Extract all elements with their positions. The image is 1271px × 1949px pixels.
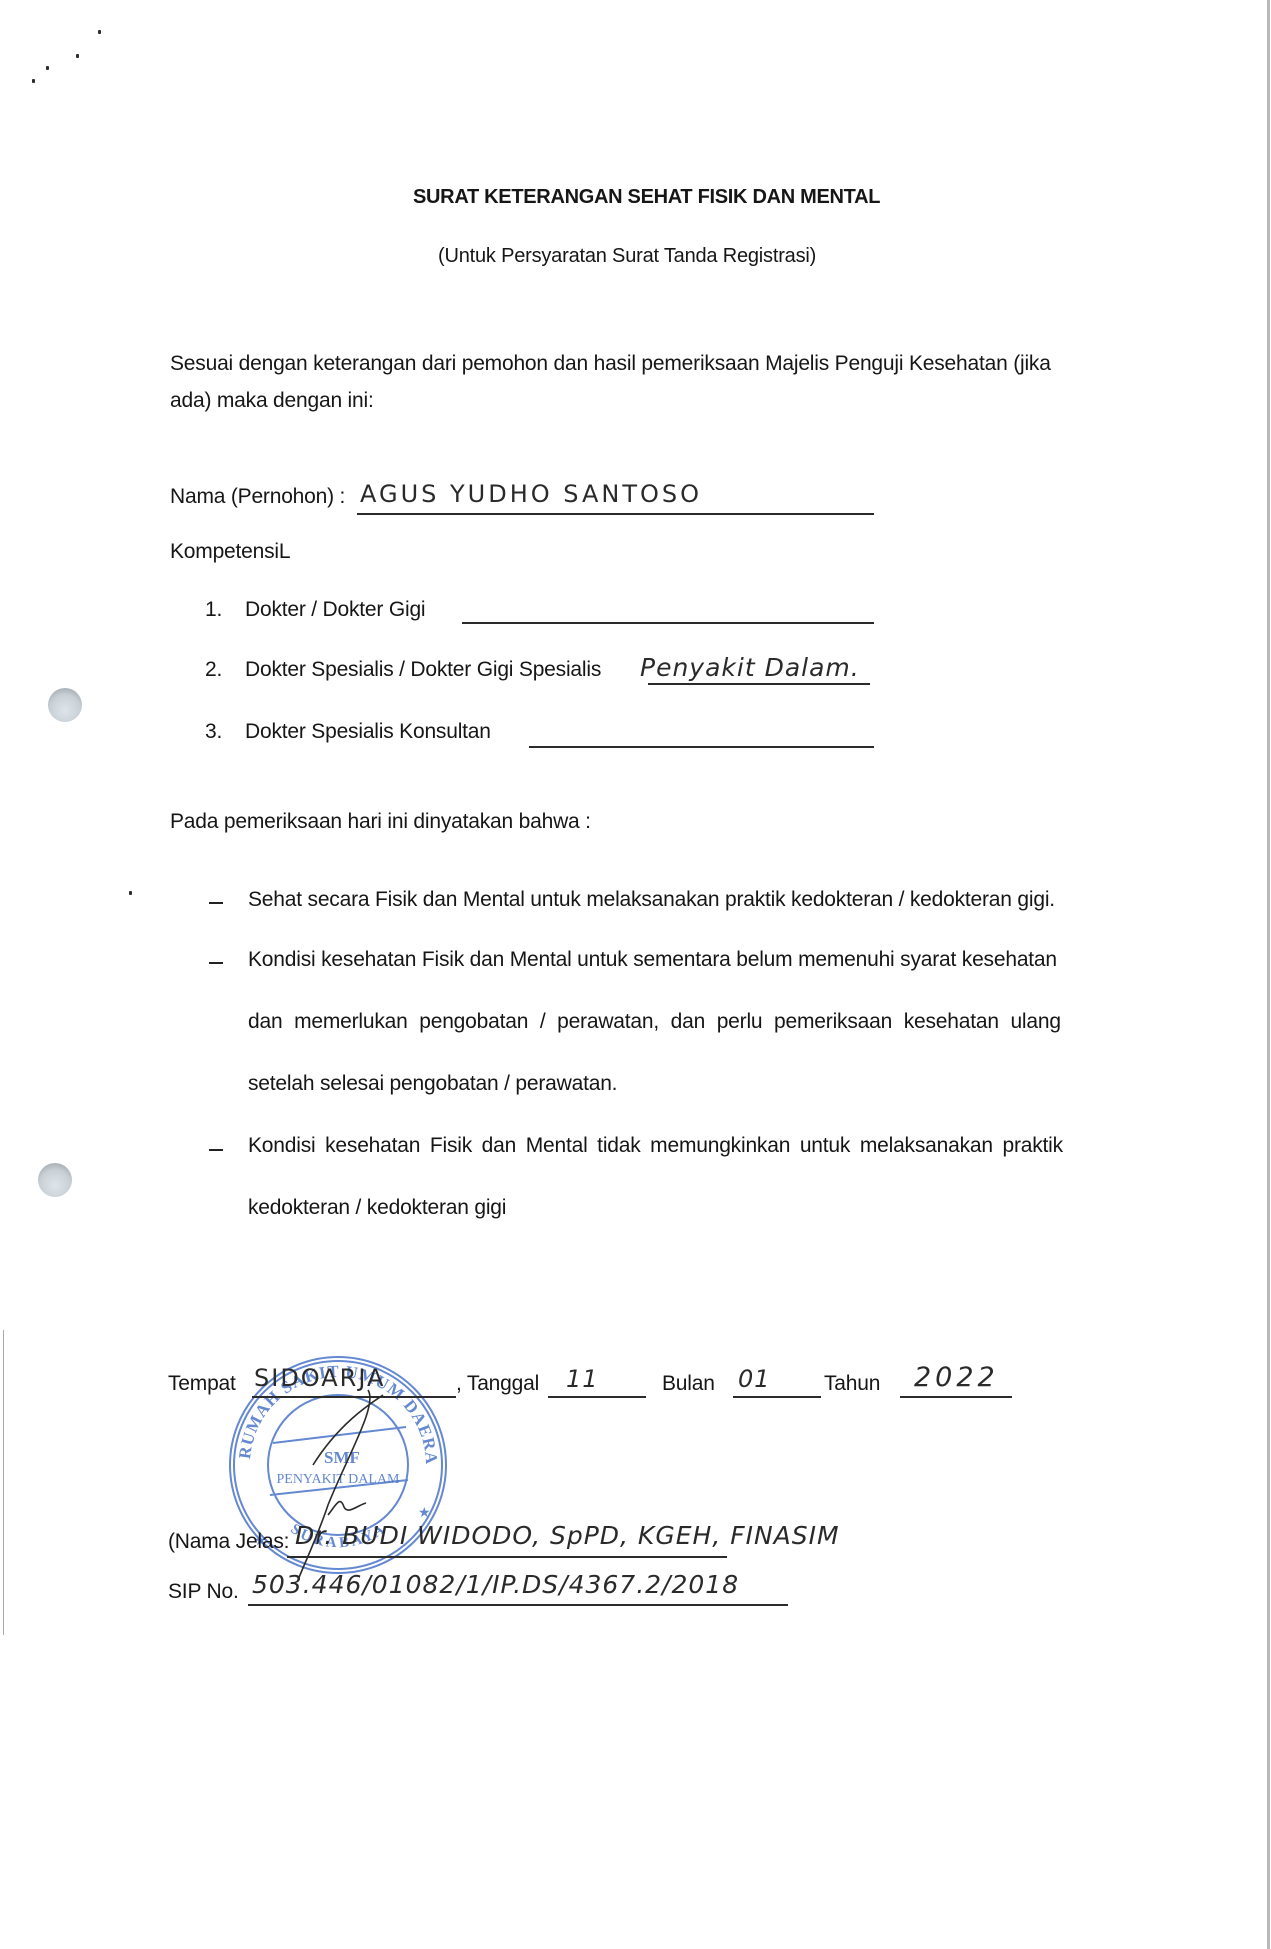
year-underline xyxy=(900,1396,1012,1398)
competency-item-label: Dokter Spesialis Konsultan xyxy=(245,720,491,744)
signer-name-value[interactable]: Dr. BUDI WIDODO, SpPD, KGEH, FINASIM xyxy=(295,1521,840,1550)
statement-2-line1: Kondisi kesehatan Fisik dan Mental untuk… xyxy=(248,948,1057,972)
competency-label: KompetensiL xyxy=(170,540,290,564)
statement-3-line1: Kondisi kesehatan Fisik dan Mental tidak… xyxy=(248,1134,1063,1158)
sip-value[interactable]: 503.446/01082/1/IP.DS/4367.2/2018 xyxy=(252,1570,739,1599)
date-label: , Tanggal xyxy=(456,1372,539,1396)
competency-item-label: Dokter Spesialis / Dokter Gigi Spesialis xyxy=(245,658,601,682)
applicant-name-label: Nama (Pernohon) : xyxy=(170,485,345,509)
competency-item-2-underline xyxy=(648,683,870,685)
place-label: Tempat xyxy=(168,1372,236,1396)
competency-item-3-field[interactable] xyxy=(529,746,874,748)
competency-item-label: Dokter / Dokter Gigi xyxy=(245,598,425,622)
scan-speck xyxy=(32,79,35,83)
scan-speck xyxy=(76,54,79,58)
statement-dash xyxy=(209,962,223,964)
statement-dash xyxy=(209,1149,223,1151)
document-title: SURAT KETERANGAN SEHAT FISIK DAN MENTAL xyxy=(413,186,880,209)
intro-text-line1: Sesuai dengan keterangan dari pemohon da… xyxy=(170,352,1051,376)
statement-1-line1: Sehat secara Fisik dan Mental untuk mela… xyxy=(248,888,1055,912)
signer-name-label: (Nama Jelas: xyxy=(168,1530,289,1554)
punch-hole xyxy=(38,1163,72,1197)
date-value[interactable]: 11 xyxy=(566,1365,599,1393)
stamp-center-line1: SMF xyxy=(324,1448,360,1467)
competency-item-number: 3. xyxy=(205,720,222,744)
competency-item-2-value[interactable]: Penyakit Dalam. xyxy=(640,653,860,682)
document-subtitle: (Untuk Persyaratan Surat Tanda Registras… xyxy=(438,245,816,268)
statement-2-line2: dan memerlukan pengobatan / perawatan, d… xyxy=(248,1010,1061,1034)
place-underline xyxy=(252,1396,456,1398)
month-value[interactable]: 01 xyxy=(738,1365,771,1393)
stamp-star-icon: ★ xyxy=(418,1504,431,1520)
month-label: Bulan xyxy=(662,1372,715,1396)
competency-item-number: 1. xyxy=(205,598,222,622)
place-value[interactable]: SIDOARJA xyxy=(254,1364,385,1392)
competency-item-number: 2. xyxy=(205,658,222,682)
scan-edge-left xyxy=(3,1330,4,1635)
competency-item-1-field[interactable] xyxy=(462,622,874,624)
signer-name-underline xyxy=(287,1556,727,1558)
applicant-name-value[interactable]: AGUS YUDHO SANTOSO xyxy=(360,480,702,508)
year-label: Tahun xyxy=(824,1372,880,1396)
month-underline xyxy=(733,1396,821,1398)
examination-label: Pada pemeriksaan hari ini dinyatakan bah… xyxy=(170,810,591,834)
intro-text-line2: ada) maka dengan ini: xyxy=(170,389,374,413)
scan-speck xyxy=(98,30,101,34)
scan-speck xyxy=(46,66,49,70)
year-value[interactable]: 2022 xyxy=(914,1362,999,1393)
punch-hole xyxy=(48,688,82,722)
applicant-name-underline xyxy=(357,513,874,515)
date-underline xyxy=(548,1396,646,1398)
scan-edge-right xyxy=(1267,0,1270,1949)
statement-dash xyxy=(209,902,223,904)
sip-underline xyxy=(248,1604,788,1606)
statement-2-line3: setelah selesai pengobatan / perawatan. xyxy=(248,1072,617,1096)
scan-speck xyxy=(129,891,132,895)
statement-3-line2: kedokteran / kedokteran gigi xyxy=(248,1196,506,1220)
sip-label: SIP No. xyxy=(168,1580,239,1604)
